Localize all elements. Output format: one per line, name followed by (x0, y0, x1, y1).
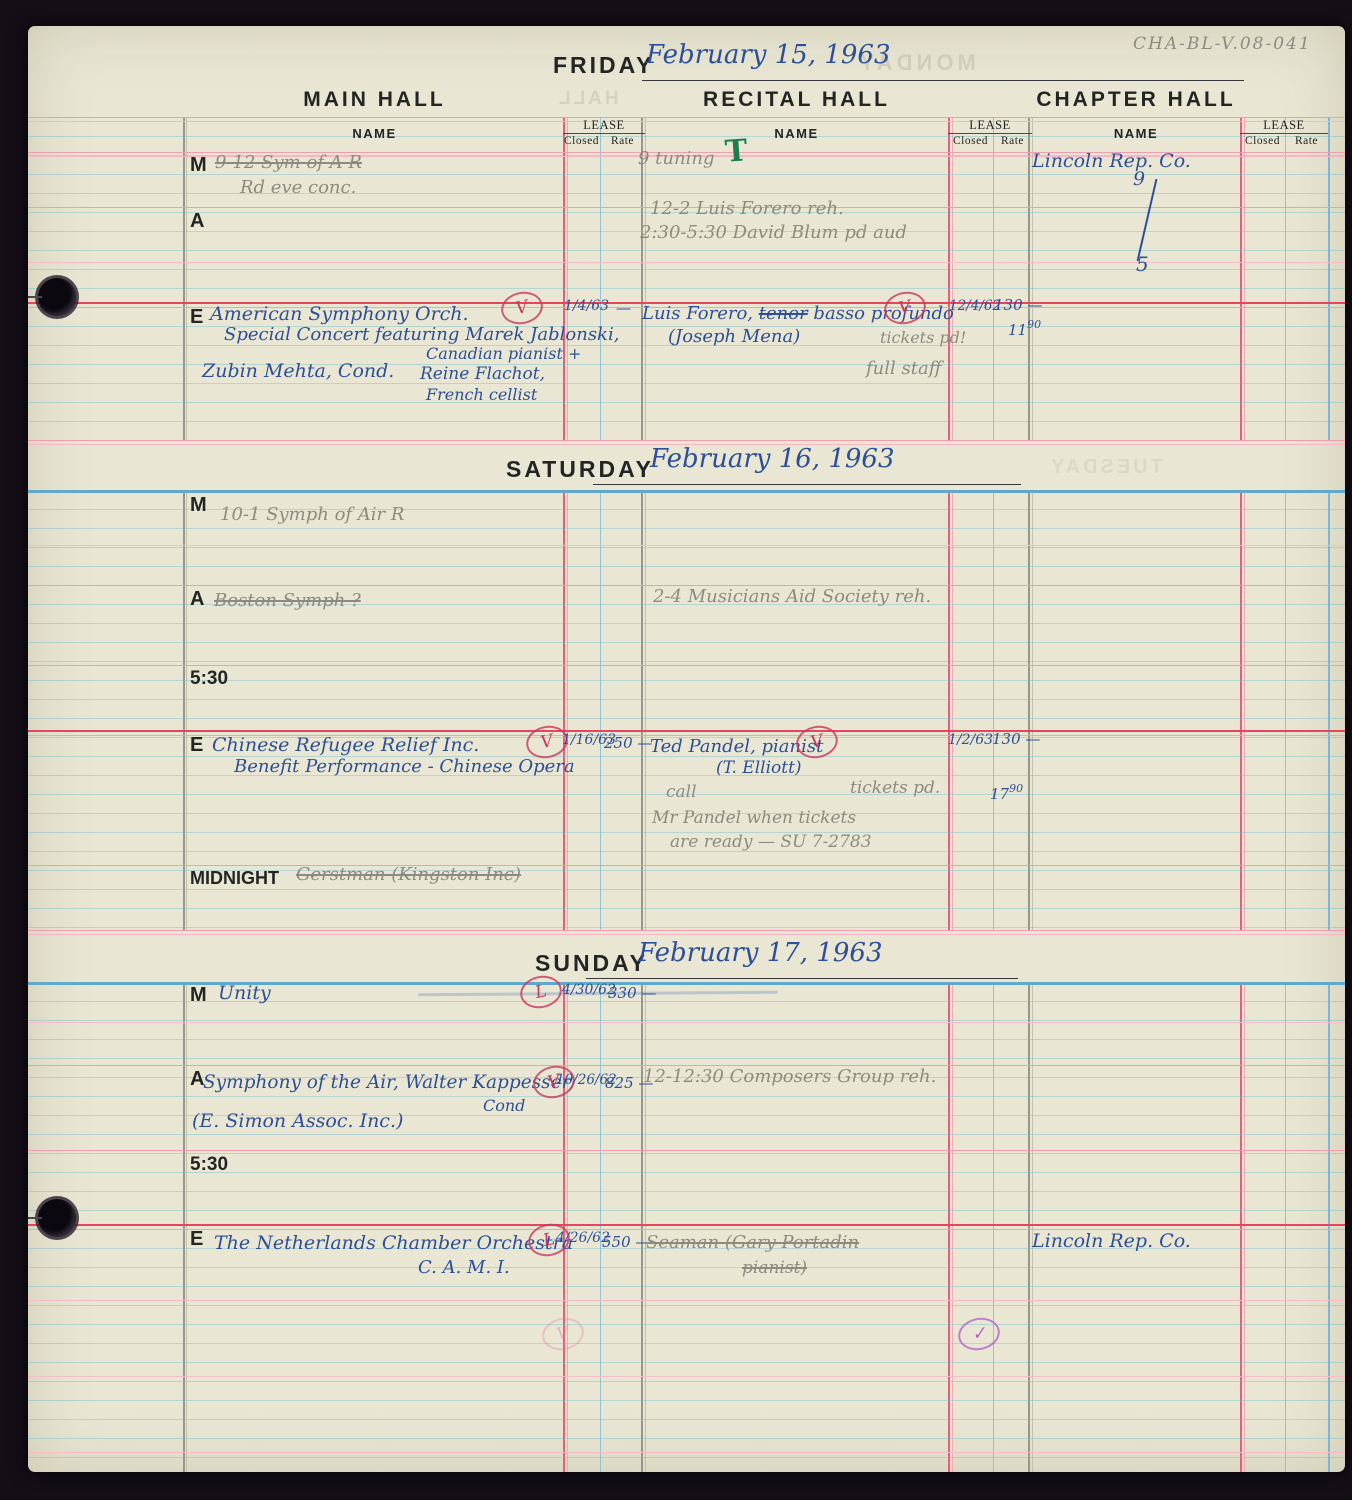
row-separator-line (28, 865, 1345, 866)
entry-sunday-recital-e1-struck: Seaman (Gary Portadin (646, 1232, 859, 1253)
entry-friday-main-e3: Canadian pianist + (426, 344, 581, 363)
entry-sunday-main-e2: C. A. M. I. (418, 1257, 510, 1278)
day-label-saturday: SATURDAY (506, 456, 654, 483)
approval-circle-mark: V (498, 288, 546, 328)
rate-saturday-recital-e1: 130 — (992, 730, 1040, 748)
lease-closed-friday-main-e: 1/4/63 (564, 298, 609, 314)
lease-closed-saturday-recital-e: 1/2/63 (948, 732, 993, 748)
row-label-evening: E (190, 306, 203, 329)
entry-sunday-main-e1: The Netherlands Chamber Orchestra (214, 1232, 573, 1254)
entry-friday-chapter-m1: Lincoln Rep. Co. (1032, 150, 1191, 172)
row-separator-line (28, 545, 1345, 546)
entry-friday-main-e6: French cellist (426, 385, 537, 404)
lease-header-underline (563, 133, 645, 134)
entry-friday-main-e4: Zubin Mehta, Cond. (202, 360, 394, 382)
row-label-morning: M (190, 984, 207, 1007)
green-t-mark: T (724, 133, 749, 169)
day-date-saturday: February 16, 1963 (650, 444, 895, 474)
entry-sunday-main-a3: (E. Simon Assoc. Inc.) (192, 1110, 403, 1132)
lease-header-underline (948, 133, 1032, 134)
entry-friday-recital-m3: 2:30-5:30 David Blum pd aud (640, 222, 907, 243)
entry-friday-recital-e1b-struck: tenor (759, 303, 808, 324)
rate-column-header: Rate (1285, 135, 1328, 147)
closed-column-header: Closed (1240, 135, 1285, 147)
time-span-stroke (1137, 179, 1158, 261)
lease-column-header: LEASE (1240, 118, 1328, 133)
entry-sunday-main-m1: Unity (218, 982, 271, 1004)
entry-saturday-recital-e2: (T. Elliott) (716, 758, 802, 778)
catalog-number: CHA-BL-V.08-041 (1133, 34, 1312, 54)
day-date-friday: February 15, 1963 (646, 40, 891, 70)
row-separator-line (28, 1022, 1345, 1023)
hall-header-main: MAIN HALL (186, 88, 563, 112)
entry-saturday-main-e2: Benefit Performance - Chinese Opera (234, 756, 575, 777)
date-underline (642, 80, 1244, 81)
day-date-sunday: February 17, 1963 (638, 938, 883, 968)
rate-friday-recital-e2-dollars: 11 (1008, 321, 1027, 339)
entry-sunday-recital-e2-struck: pianist) (742, 1258, 807, 1278)
entry-friday-main-e2: Special Concert featuring Marek Jablonsk… (224, 324, 619, 345)
rate-sunday-main-m: 330 — (608, 984, 656, 1002)
scan-background: { "catalog_number": "CHA-BL-V.08-041", "… (0, 0, 1352, 1500)
hall-header-recital: RECITAL HALL (645, 88, 948, 112)
row-separator-line (28, 1300, 1345, 1301)
rate-saturday-recital-e2-cents: 90 (1009, 782, 1023, 795)
rate-friday-main-e: — (616, 299, 631, 317)
entry-sunday-recital-a1: 12-12:30 Composers Group reh. (643, 1066, 936, 1087)
bleed-through-text: TUESDAY (1048, 456, 1163, 479)
entry-saturday-main-m1: 10-1 Symph of Air R (220, 504, 404, 525)
note-saturday-recital-call: call (666, 782, 697, 802)
section-top-line (28, 490, 1345, 493)
note-saturday-recital-line3: Mr Pandel when tickets (652, 808, 856, 828)
check-circle-mark: ✓ (955, 1314, 1003, 1354)
row-separator-line (28, 930, 1345, 935)
row-separator-line (28, 665, 1345, 666)
entry-friday-recital-e2: (Joseph Mena) (668, 326, 800, 347)
name-column-header: NAME (1032, 126, 1240, 141)
rate-saturday-main-e: 250 — (604, 734, 652, 752)
hole-punch (38, 1199, 76, 1237)
row-separator-line (28, 1376, 1345, 1377)
hall-header-chapter: CHAPTER HALL (1032, 88, 1240, 112)
entry-saturday-recital-a1: 2-4 Musicians Aid Society reh. (653, 586, 931, 607)
rate-friday-recital-e1: 130 — (994, 296, 1042, 314)
hole-punch (38, 278, 76, 316)
row-label-evening: E (190, 1228, 203, 1251)
entry-friday-main-m2: Rd eve conc. (240, 177, 356, 198)
faint-circle-mark: V (539, 1314, 587, 1354)
row-label-morning: M (190, 154, 207, 177)
row-label-afternoon: A (190, 210, 204, 233)
entry-friday-recital-m1: 9 tuning (638, 148, 714, 169)
row-label-evening: E (190, 734, 203, 757)
entry-sunday-chapter-e1: Lincoln Rep. Co. (1032, 1230, 1191, 1252)
entry-friday-main-e1: American Symphony Orch. (210, 303, 469, 325)
date-underline (593, 484, 1021, 485)
approval-circle-mark: L (517, 972, 565, 1012)
entry-sunday-main-a2: Cond (483, 1096, 525, 1115)
hole-punch-slot (28, 1217, 42, 1219)
entry-saturday-main-a1-struck: Boston Symph ? (214, 590, 361, 611)
day-label-friday: FRIDAY (553, 52, 655, 79)
closed-column-header: Closed (948, 135, 993, 147)
row-separator-line (28, 1452, 1345, 1453)
closed-column-header: Closed (563, 135, 600, 147)
row-label-morning: M (190, 494, 207, 517)
entry-friday-recital-m2: 12-2 Luis Forero reh. (650, 198, 844, 219)
saturday-grid-background (28, 490, 1345, 930)
rate-sunday-main-e: 550 — (602, 1233, 650, 1251)
day-label-sunday: SUNDAY (535, 950, 648, 977)
entry-friday-main-e5: Reine Flachot, (420, 364, 545, 384)
entry-friday-chapter-time-start: 9 (1133, 168, 1145, 190)
lease-column-header: LEASE (563, 118, 645, 133)
ledger-page: MONDAY HALL TUESDAY CHA-BL-V.08-041 FRID… (28, 26, 1345, 1472)
date-underline (586, 978, 1018, 979)
name-column-header: NAME (186, 126, 563, 141)
row-label-midnight: MIDNIGHT (190, 868, 279, 889)
entry-friday-main-m1: 9-12 Sym of A R (215, 152, 362, 173)
row-separator-line (28, 1150, 1345, 1151)
lease-column-header: LEASE (948, 118, 1032, 133)
lease-header-underline (1240, 133, 1328, 134)
bleed-through-text: HALL (556, 88, 619, 110)
entry-saturday-main-e1: Chinese Refugee Relief Inc. (212, 734, 479, 756)
rate-column-header: Rate (993, 135, 1032, 147)
row-label-five-thirty: 5:30 (190, 1154, 228, 1176)
entry-friday-chapter-time-end: 5 (1136, 252, 1149, 276)
rate-column-header: Rate (600, 135, 645, 147)
entry-sunday-main-a1: Symphony of the Air, Walter Kappesser, (203, 1072, 574, 1093)
entry-saturday-midnight-struck: Gerstman (Kingston Inc) (296, 864, 521, 885)
hole-punch-slot (28, 296, 42, 298)
rate-saturday-recital-e2-dollars: 17 (990, 785, 1009, 803)
note-saturday-recital-tickets: tickets pd. (850, 778, 940, 798)
row-label-five-thirty: 5:30 (190, 668, 228, 690)
row-separator-line (28, 117, 1345, 122)
rate-friday-recital-e2-cents: 90 (1027, 318, 1041, 331)
row-label-afternoon: A (190, 588, 204, 611)
entry-friday-recital-e1a: Luis Forero, (642, 303, 753, 324)
note-saturday-recital-line4: are ready — SU 7-2783 (670, 832, 872, 852)
name-column-header: NAME (645, 126, 948, 141)
note-friday-recital-tickets: tickets pd! (880, 328, 966, 347)
note-friday-recital-staff: full staff (866, 358, 941, 379)
